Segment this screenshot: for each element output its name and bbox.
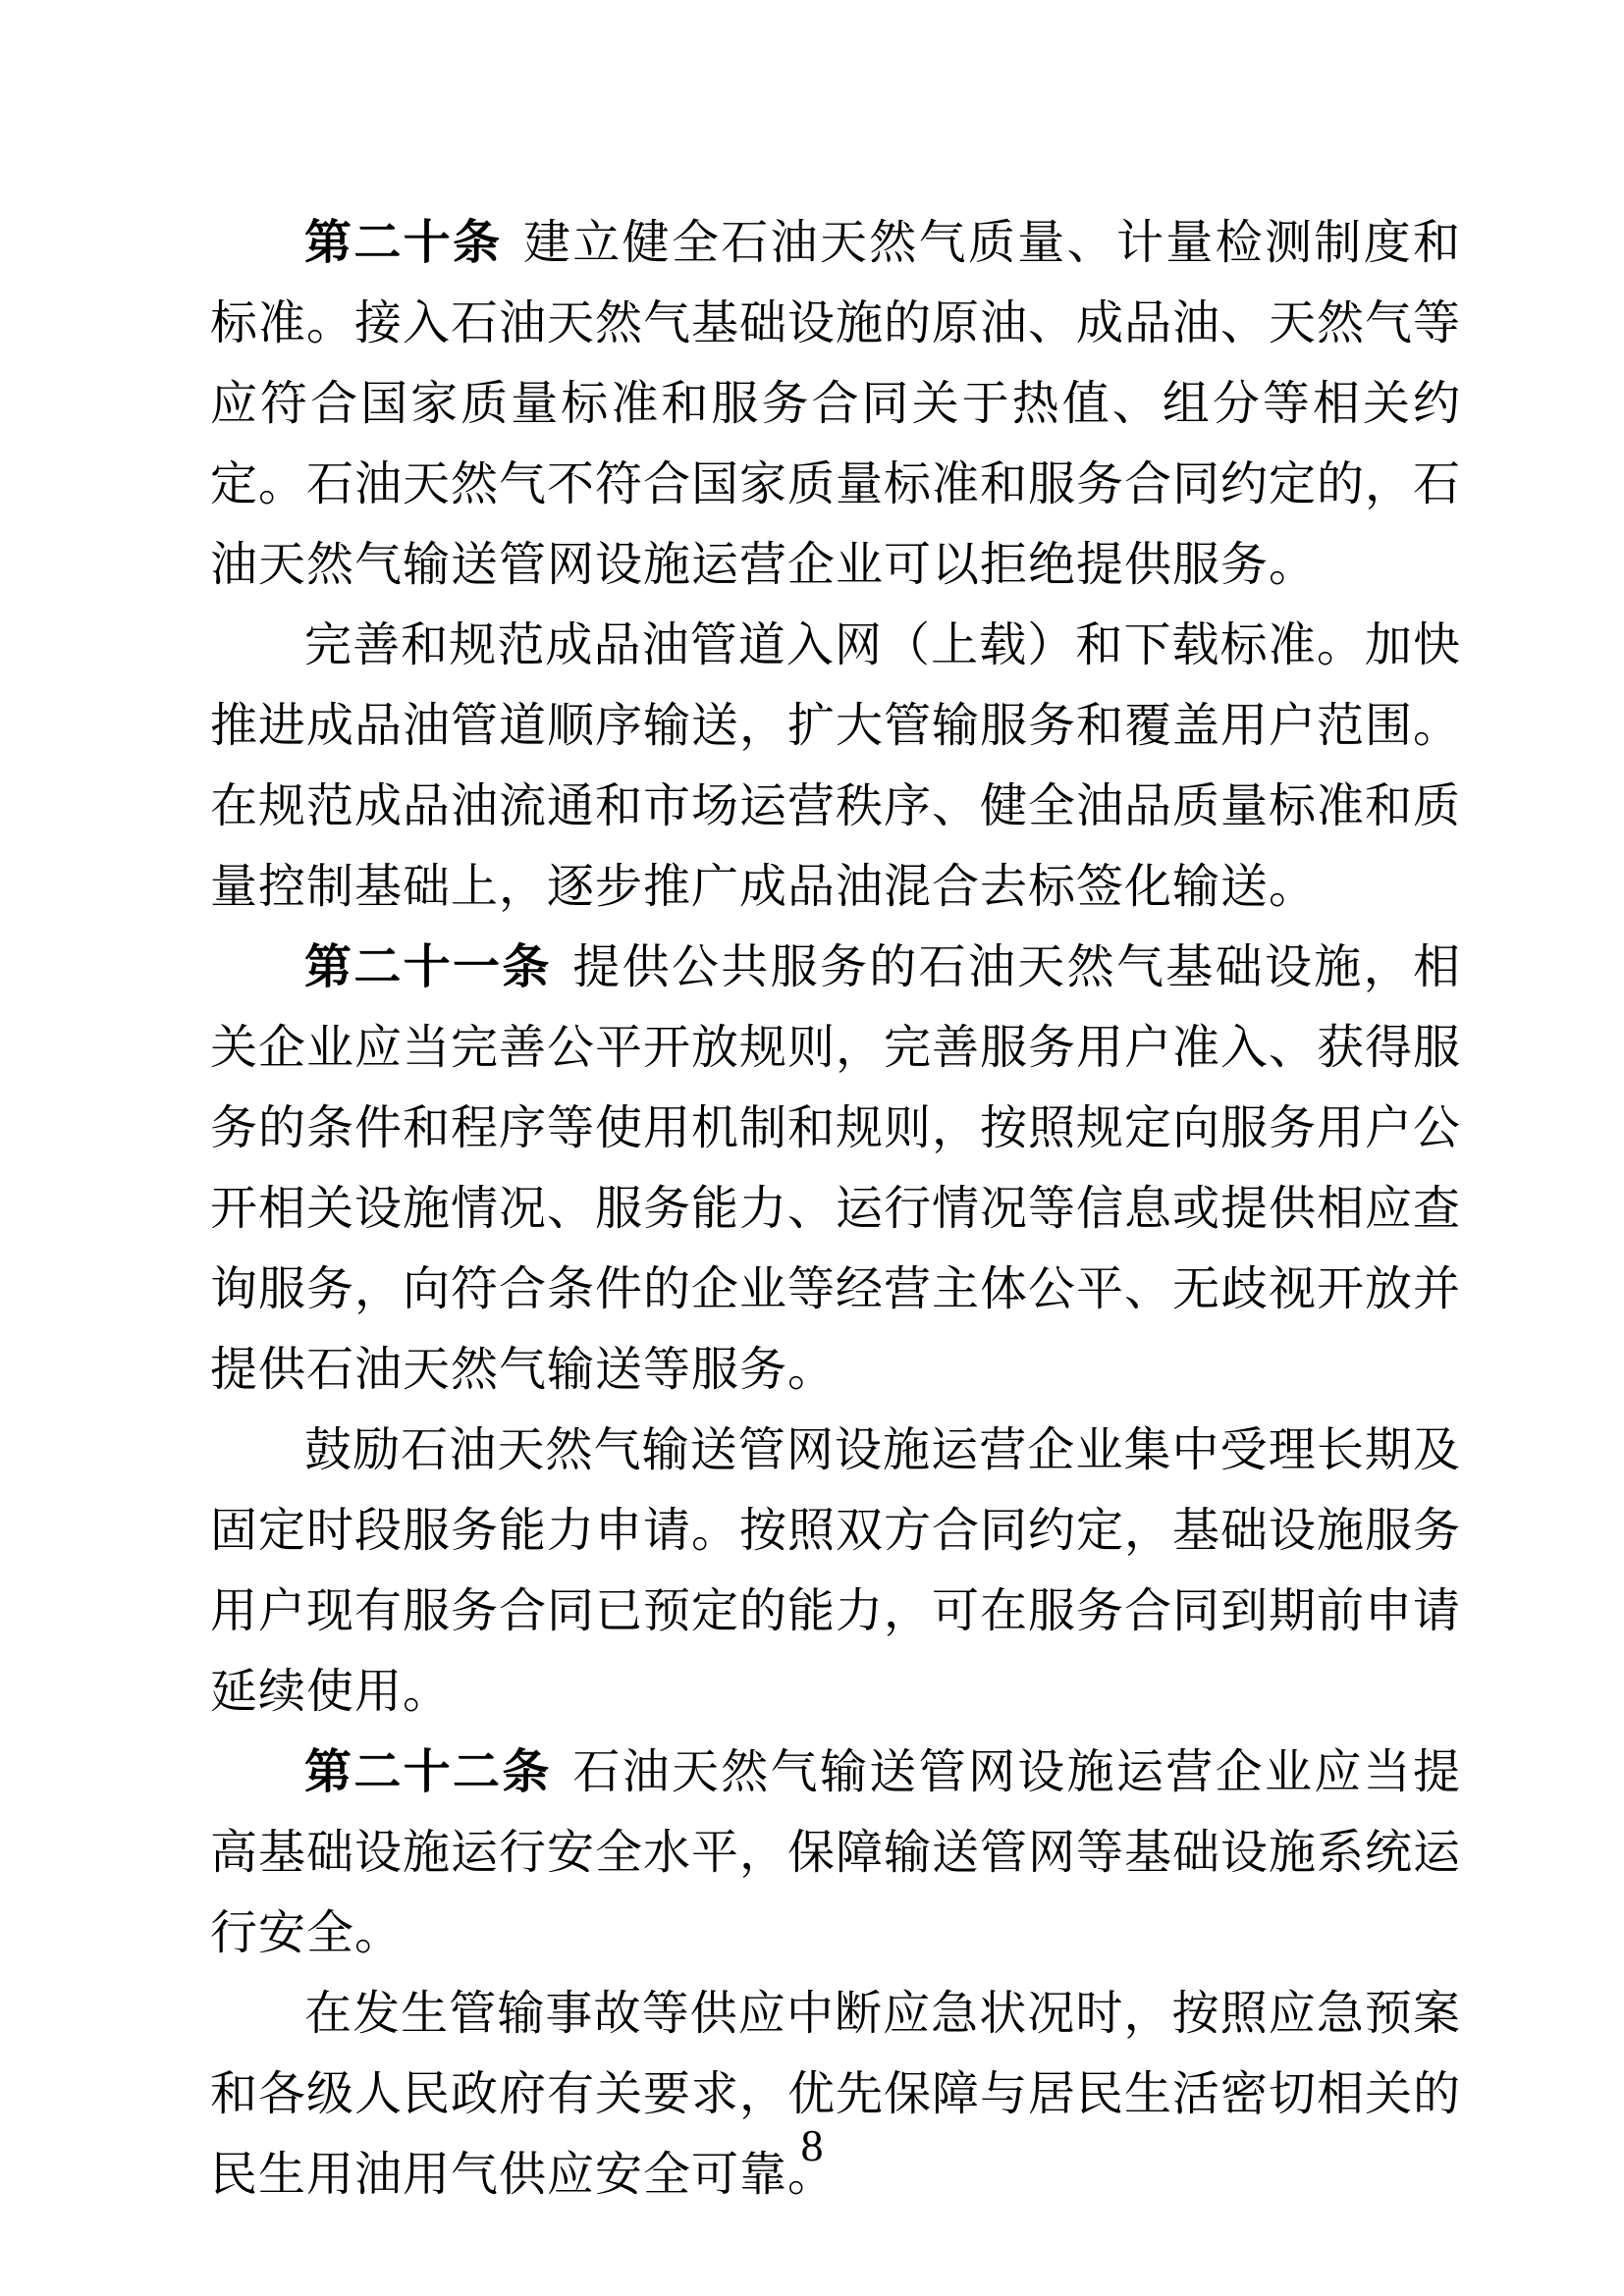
page-number: 8 xyxy=(0,2118,1624,2173)
paragraph: 第二十一条提供公共服务的石油天然气基础设施，相关企业应当完善公平开放规则，完善服… xyxy=(210,928,1461,1411)
paragraph: 鼓励石油天然气输送管网设施运营企业集中受理长期及固定时段服务能力申请。按照双方合… xyxy=(210,1411,1461,1733)
paragraph-text: 鼓励石油天然气输送管网设施运营企业集中受理长期及固定时段服务能力申请。按照双方合… xyxy=(210,1424,1461,1718)
paragraph: 第二十二条石油天然气输送管网设施运营企业应当提高基础设施运行安全水平，保障输送管… xyxy=(210,1733,1461,1974)
article-heading: 第二十二条 xyxy=(304,1746,552,1798)
paragraph: 完善和规范成品油管道入网（上载）和下载标准。加快推进成品油管道顺序输送，扩大管输… xyxy=(210,606,1461,928)
paragraph-text: 完善和规范成品油管道入网（上载）和下载标准。加快推进成品油管道顺序输送，扩大管输… xyxy=(210,619,1461,913)
paragraph-text: 提供公共服务的石油天然气基础设施，相关企业应当完善公平开放规则，完善服务用户准入… xyxy=(210,941,1461,1396)
article-heading: 第二十一条 xyxy=(304,941,552,993)
article-heading: 第二十条 xyxy=(304,217,502,269)
document-body: 第二十条建立健全石油天然气质量、计量检测制度和标准。接入石油天然气基础设施的原油… xyxy=(210,203,1461,2216)
paragraph: 第二十条建立健全石油天然气质量、计量检测制度和标准。接入石油天然气基础设施的原油… xyxy=(210,203,1461,606)
paragraph: 在发生管输事故等供应中断应急状况时，按照应急预案和各级人民政府有关要求，优先保障… xyxy=(210,1974,1461,2216)
paragraph-text: 建立健全石油天然气质量、计量检测制度和标准。接入石油天然气基础设施的原油、成品油… xyxy=(210,217,1461,591)
